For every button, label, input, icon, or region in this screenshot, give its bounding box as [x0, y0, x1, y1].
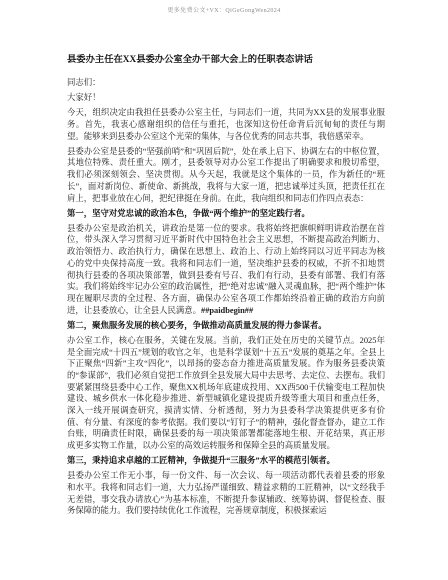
point-heading-3: 第三，秉持追求卓越的工匠精神，争做提升“三服务”水平的模范引领者。 — [67, 455, 385, 467]
paragraph-context: 县委办公室是县委的“坚强前哨”和“巩固后院”，处在承上启下、协调左右的中枢位置，… — [67, 146, 385, 205]
salutation: 同志们： — [67, 77, 385, 89]
paragraph-point-1-text: 县委办公室是政治机关，讲政治是第一位的要求。我将始终把旗帜鲜明讲政治摆在首位，带… — [67, 224, 385, 315]
paragraph-point-1: 县委办公室是政治机关，讲政治是第一位的要求。我将始终把旗帜鲜明讲政治摆在首位，带… — [67, 223, 385, 317]
document-page: 县委办主任在XX县委办公室全办干部大会上的任职表态讲话 同志们： 大家好！ 今天… — [67, 54, 385, 521]
paid-begin-marker: ##paidbegin## — [201, 306, 253, 315]
watermark-text: 更多免费公文+VX：QiGeGongWen2024 — [0, 5, 448, 14]
point-heading-1: 第一，坚守对党忠诚的政治本色，争做“两个维护”的坚定践行者。 — [67, 208, 385, 220]
paragraph-point-2: 办公室工作，核心在服务，关键在发展。当前，我们正处在历史的关键节点。2025年是… — [67, 335, 385, 452]
paragraph-intro: 今天，组织决定由我担任县委办公室主任，与同志们一道，共同为XX县的发展事业服务。… — [67, 107, 385, 142]
paragraph-point-3: 县委办公室工作无小事，每一份文件、每一次会议、每一项活动都代表着县委的形象和水平… — [67, 470, 385, 517]
greeting: 大家好！ — [67, 92, 385, 104]
point-heading-2: 第二，聚焦服务发展的核心要务，争做推动高质量发展的得力参谋者。 — [67, 320, 385, 332]
document-title: 县委办主任在XX县委办公室全办干部大会上的任职表态讲话 — [67, 54, 385, 67]
